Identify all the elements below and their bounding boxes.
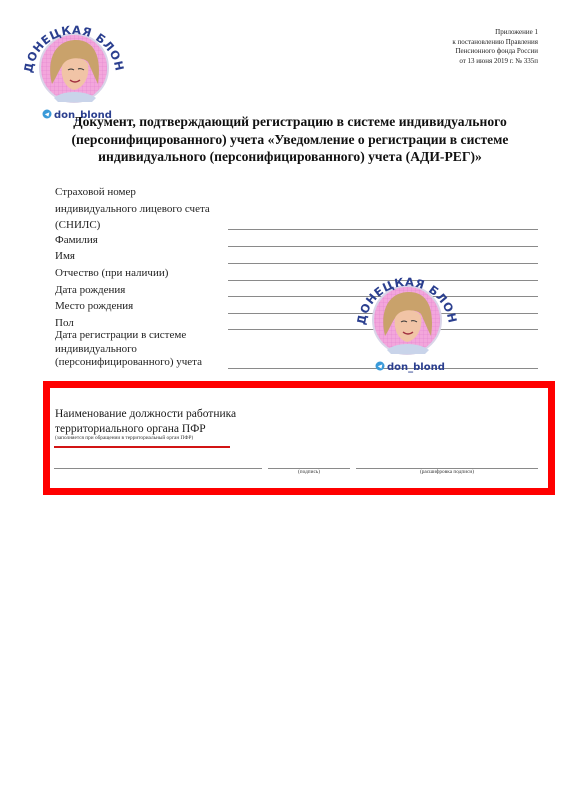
signature-caption: (подпись) [268,469,350,475]
registration-date-label-line: (персонифицированного) учета [55,356,202,370]
registration-date-label-line: индивидуального [55,343,202,357]
title-line: индивидуального (персонифицированного) у… [60,148,520,166]
fill-note: (заполняется при обращении в территориал… [55,435,193,441]
appendix-line: к постановлению Правления [452,38,538,48]
blonde-avatar-icon: ДОНЕЦКАЯ БЛОНДИНКА don_blond [351,258,463,376]
employee-position-label-line: территориального органа ПФР [55,422,236,437]
signature-decoding-caption: (расшифровка подписи) [356,469,538,475]
employee-position-label-line: Наименование должности работника [55,407,236,422]
snils-label: Страховой номер индивидуального лицевого… [55,184,210,234]
surname-input-line[interactable] [228,246,538,247]
watermark-logo-center: ДОНЕЦКАЯ БЛОНДИНКА don_blond [351,258,463,376]
svg-text:don_blond: don_blond [387,362,445,373]
watermark-logo-top: ДОНЕЦКАЯ БЛОНДИНКА don_blond [18,6,130,124]
appendix-line: Пенсионного фонда России [452,47,538,57]
employee-position-label: Наименование должности работника террито… [55,407,236,436]
red-underline [54,446,230,448]
appendix-line: от 13 июня 2019 г. № 335п [452,57,538,67]
title-line: (персонифицированного) учета «Уведомлени… [60,131,520,149]
registration-date-label: Дата регистрации в системе индивидуально… [55,329,202,370]
surname-label: Фамилия [55,232,98,249]
snils-label-line: индивидуального лицевого счета [55,201,210,218]
document-title: Документ, подтверждающий регистрацию в с… [60,113,520,166]
patronymic-label: Отчество (при наличии) [55,265,168,282]
name-label: Имя [55,248,75,265]
snils-input-line[interactable] [228,229,538,230]
birth-place-label: Место рождения [55,298,133,315]
position-input-line[interactable] [54,468,262,469]
registration-date-label-line: Дата регистрации в системе [55,329,202,343]
appendix-header: Приложение 1 к постановлению Правления П… [452,28,538,66]
title-line: Документ, подтверждающий регистрацию в с… [60,113,520,131]
blonde-avatar-icon: ДОНЕЦКАЯ БЛОНДИНКА don_blond [18,6,130,124]
appendix-line: Приложение 1 [452,28,538,38]
snils-label-line: Страховой номер [55,184,210,201]
birth-date-label: Дата рождения [55,282,125,299]
